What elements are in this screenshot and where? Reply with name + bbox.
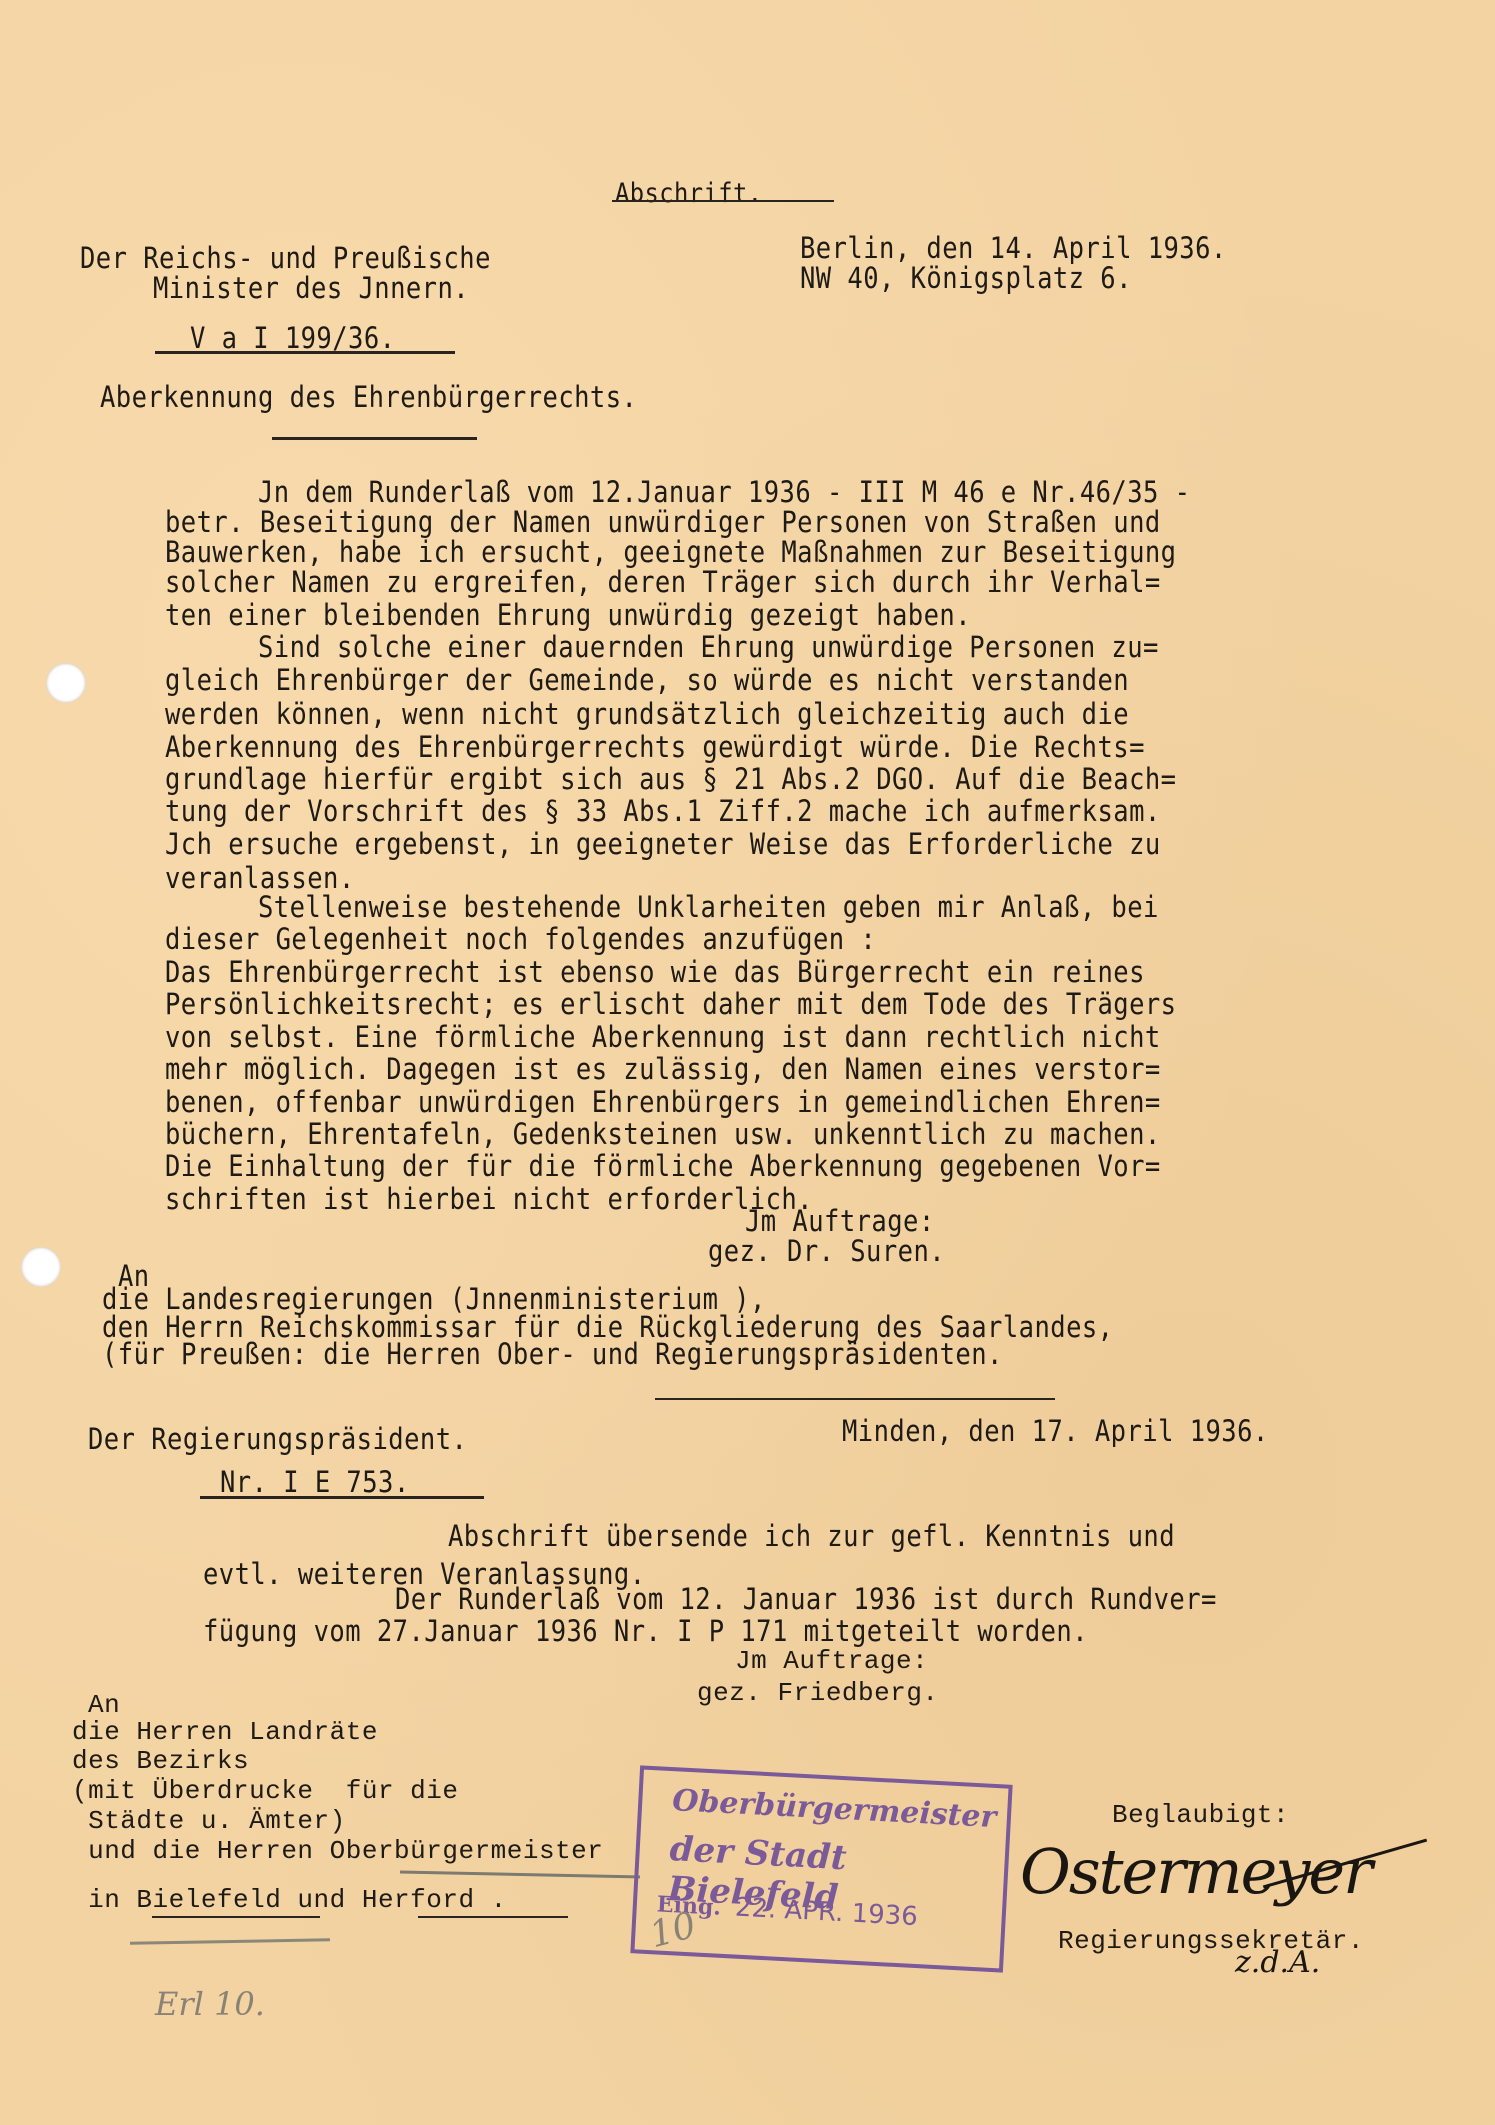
forwarding-closing-signature: gez. Friedberg. bbox=[697, 1680, 939, 1706]
punch-hole-top bbox=[46, 663, 86, 703]
place-date-line-1: Berlin, den 14. April 1936. bbox=[800, 234, 1227, 263]
section-divider bbox=[655, 1398, 1055, 1400]
document-title: Abschrift. bbox=[615, 180, 762, 207]
closing-signature: gez. Dr. Suren. bbox=[708, 1237, 945, 1266]
certification-label: Beglaubigt: bbox=[1112, 1802, 1289, 1828]
recipient-line: (für Preußen: die Herren Ober- und Regie… bbox=[102, 1340, 1003, 1369]
body-line: Sind solche einer dauernden Ehrung unwür… bbox=[258, 633, 1159, 662]
body-line: veranlassen. bbox=[165, 864, 355, 893]
forwarding-body-line: fügung vom 27.Januar 1936 Nr. I P 171 mi… bbox=[203, 1617, 1088, 1646]
forwarding-recipient-line: und die Herren Oberbürgermeister bbox=[72, 1838, 603, 1864]
forwarding-recipient-line: in Bielefeld und Herford . bbox=[72, 1887, 507, 1913]
subject-underline bbox=[272, 437, 477, 440]
body-line: Die Einhaltung der für die förmliche Abe… bbox=[165, 1152, 1161, 1181]
body-line: schriften ist hierbei nicht erforderlich… bbox=[165, 1185, 813, 1214]
forwarding-recipient-line: des Bezirks bbox=[72, 1748, 249, 1774]
bielefeld-underline bbox=[152, 1916, 320, 1918]
forwarding-body-line: Abschrift übersende ich zur gefl. Kenntn… bbox=[448, 1522, 1175, 1551]
stamp-line-1: Oberbürgermeister bbox=[671, 1783, 997, 1835]
body-line: ten einer bleibenden Ehrung unwürdig gez… bbox=[165, 601, 971, 630]
place-date-line-2: NW 40, Königsplatz 6. bbox=[800, 264, 1132, 293]
body-line: tung der Vorschrift des § 33 Abs.1 Ziff.… bbox=[165, 797, 1161, 826]
forwarding-recipients-heading: An bbox=[88, 1692, 120, 1718]
body-line: Stellenweise bestehende Unklarheiten geb… bbox=[258, 893, 1159, 922]
forwarding-recipient-line: (mit Überdrucke für die bbox=[72, 1778, 458, 1804]
punch-hole-bottom bbox=[21, 1247, 61, 1287]
body-line: Persönlichkeitsrecht; es erlischt daher … bbox=[165, 990, 1176, 1019]
sender-line-2: Minister des Jnnern. bbox=[153, 274, 469, 303]
body-line: Jch ersuche ergebenst, in geeigneter Wei… bbox=[165, 830, 1161, 859]
reference-underline bbox=[155, 351, 455, 354]
forwarding-reference: Nr. I E 753. bbox=[220, 1468, 410, 1497]
forwarding-recipient-line: Städte u. Ämter) bbox=[72, 1808, 346, 1834]
body-line: von selbst. Eine förmliche Aberkennung i… bbox=[165, 1023, 1161, 1052]
pencil-note: Erl 10. bbox=[155, 1985, 265, 2023]
forwarding-closing-line-1: Jm Auftrage: bbox=[735, 1648, 928, 1674]
forwarding-reference-underline bbox=[200, 1496, 484, 1499]
reference-number: V a I 199/36. bbox=[190, 324, 395, 353]
forwarding-place-date: Minden, den 17. April 1936. bbox=[842, 1417, 1269, 1446]
body-line: benen, offenbar unwürdigen Ehrenbürgers … bbox=[165, 1088, 1161, 1117]
body-line: Jn dem Runderlaß vom 12.Januar 1936 - II… bbox=[258, 478, 1190, 507]
title-underline bbox=[612, 200, 834, 202]
body-line: betr. Beseitigung der Namen unwürdiger P… bbox=[165, 508, 1161, 537]
body-line: büchern, Ehrentafeln, Gedenksteinen usw.… bbox=[165, 1120, 1161, 1149]
sender-line-1: Der Reichs- und Preußische bbox=[80, 244, 491, 273]
pencil-strike-2 bbox=[130, 1938, 330, 1944]
closing-line-1: Jm Auftrage: bbox=[745, 1207, 935, 1236]
body-line: Aberkennung des Ehrenbürgerrechts gewürd… bbox=[165, 733, 1145, 762]
handwritten-initials: z.d.A. bbox=[1235, 1945, 1320, 1980]
subject-line: Aberkennung des Ehrenbürgerrechts. bbox=[100, 383, 637, 412]
forwarding-body-line: Der Runderlaß vom 12. Januar 1936 ist du… bbox=[395, 1585, 1217, 1614]
body-line: Bauwerken, habe ich ersucht, geeignete M… bbox=[165, 538, 1176, 567]
forwarding-recipient-line: die Herren Landräte bbox=[72, 1719, 378, 1745]
body-line: mehr möglich. Dagegen ist es zulässig, d… bbox=[165, 1055, 1161, 1084]
body-line: solcher Namen zu ergreifen, deren Träger… bbox=[165, 568, 1161, 597]
body-line: Das Ehrenbürgerrecht ist ebenso wie das … bbox=[165, 958, 1145, 987]
body-line: werden können, wenn nicht grundsätzlich … bbox=[165, 700, 1129, 729]
forwarding-sender: Der Regierungspräsident. bbox=[88, 1425, 467, 1454]
herford-underline bbox=[418, 1916, 568, 1918]
pencil-strike bbox=[400, 1870, 640, 1878]
body-line: grundlage hierfür ergibt sich aus § 21 A… bbox=[165, 765, 1176, 794]
body-line: gleich Ehrenbürger der Gemeinde, so würd… bbox=[165, 666, 1129, 695]
body-line: dieser Gelegenheit noch folgendes anzufü… bbox=[165, 925, 876, 954]
